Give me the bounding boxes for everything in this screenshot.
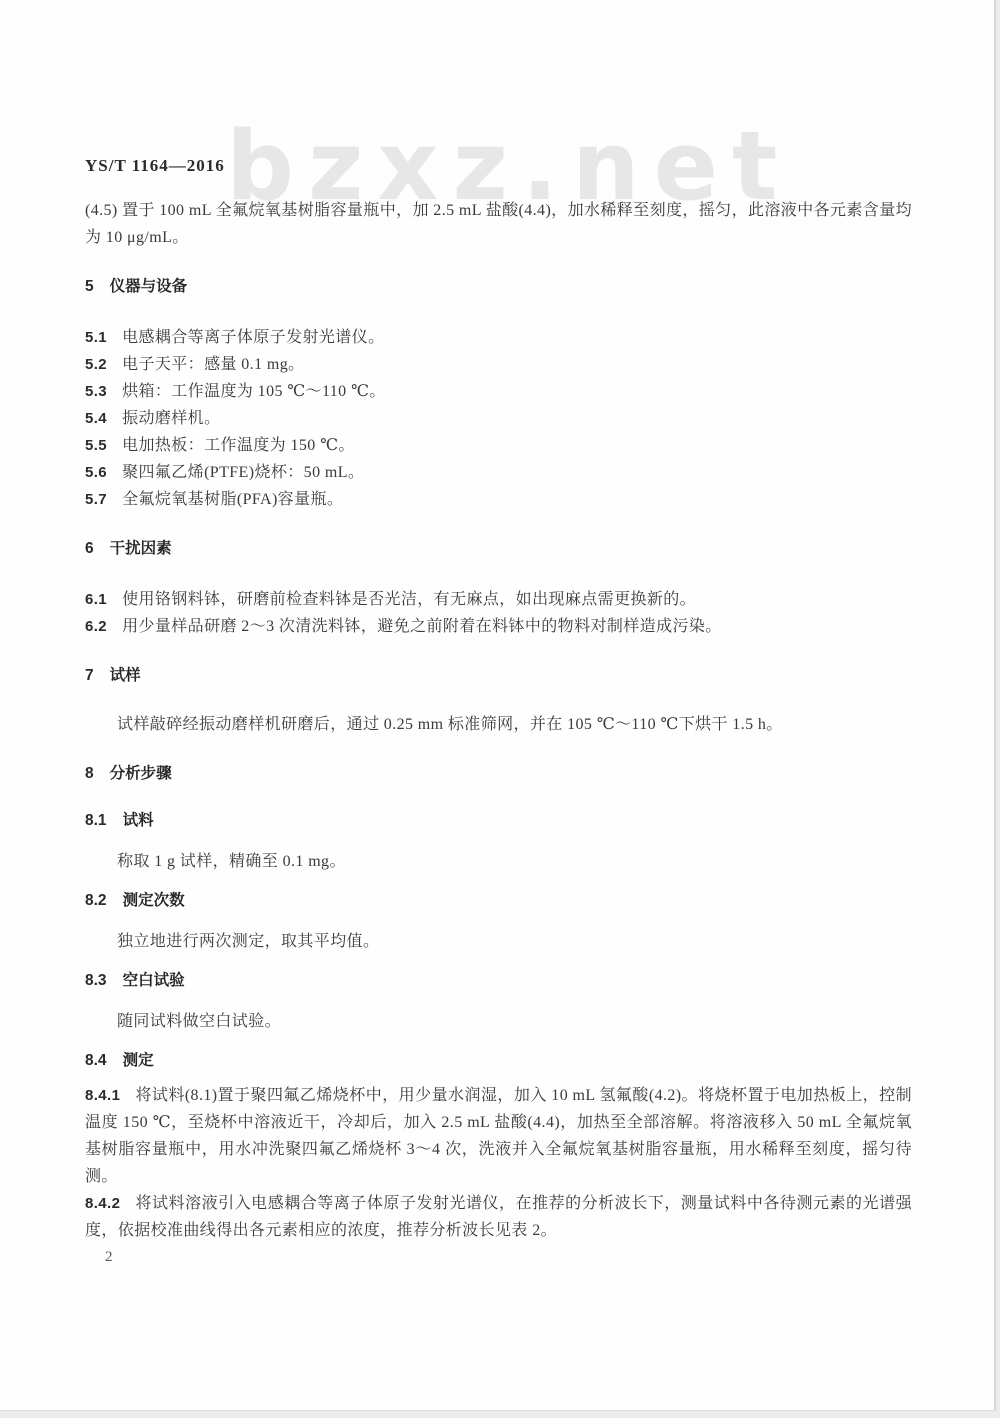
clause-paragraph: 5.7全氟烷氧基树脂(PFA)容量瓶。 (85, 486, 912, 513)
clause-paragraph: 6.1使用铬钢料钵，研磨前检查料钵是否光洁，有无麻点，如出现麻点需更换新的。 (85, 586, 912, 613)
clause-number: 8.1 (85, 807, 107, 834)
clause-text: 电感耦合等离子体原子发射光谱仪。 (122, 329, 384, 346)
document-page: bzxz.net YS/T 1164—2016 (4.5) 置于 100 mL … (0, 0, 996, 1411)
clause-number: 8.3 (85, 967, 107, 994)
clause-number: 6 (85, 535, 94, 562)
clause-number: 7 (85, 662, 94, 689)
clause-text: 干扰因素 (110, 540, 172, 557)
clause-text: 全氟烷氧基树脂(PFA)容量瓶。 (122, 491, 343, 508)
page-content: YS/T 1164—2016 (4.5) 置于 100 mL 全氟烷氧基树脂容量… (0, 0, 994, 1271)
clause-number: 8.4 (85, 1047, 107, 1074)
clause-text: 测定 (123, 1052, 154, 1069)
clause-text: 使用铬钢料钵，研磨前检查料钵是否光洁，有无麻点，如出现麻点需更换新的。 (122, 591, 696, 608)
clause-number: 5 (85, 273, 94, 300)
sub-heading: 8.2测定次数 (85, 887, 912, 914)
clause-number: 5.3 (85, 378, 107, 405)
clause-text: 试样 (110, 667, 141, 684)
clause-text: 用少量样品研磨 2～3 次清洗料钵，避免之前附着在料钵中的物料对制样造成污染。 (122, 618, 722, 635)
clause-paragraph: 8.4.1将试料(8.1)置于聚四氟乙烯烧杯中，用少量水润湿，加入 10 mL … (85, 1082, 912, 1190)
clause-number: 5.5 (85, 432, 107, 459)
body-paragraph: 独立地进行两次测定，取其平均值。 (85, 928, 912, 955)
clause-number: 8 (85, 760, 94, 787)
clause-paragraph: 5.1电感耦合等离子体原子发射光谱仪。 (85, 324, 912, 351)
clause-paragraph: 5.2电子天平：感量 0.1 mg。 (85, 351, 912, 378)
sub-heading: 8.4测定 (85, 1047, 912, 1074)
clause-text: 空白试验 (123, 972, 185, 989)
standard-number-header: YS/T 1164—2016 (85, 152, 912, 179)
page-number: 2 (105, 1244, 912, 1271)
clause-text: 电加热板：工作温度为 150 ℃。 (122, 437, 355, 454)
clause-text: 聚四氟乙烯(PTFE)烧杯：50 mL。 (122, 464, 364, 481)
clause-number: 6.2 (85, 613, 107, 640)
body-paragraph: 称取 1 g 试样，精确至 0.1 mg。 (85, 848, 912, 875)
clause-text: 电子天平：感量 0.1 mg。 (122, 356, 304, 373)
clause-paragraph: 5.6聚四氟乙烯(PTFE)烧杯：50 mL。 (85, 459, 912, 486)
clause-number: 5.4 (85, 405, 107, 432)
clause-number: 5.1 (85, 324, 107, 351)
clause-text: 烘箱：工作温度为 105 ℃～110 ℃。 (122, 383, 386, 400)
section-heading: 6干扰因素 (85, 535, 912, 562)
clause-text: 将试料溶液引入电感耦合等离子体原子发射光谱仪，在推荐的分析波长下，测量试料中各待… (85, 1195, 912, 1239)
clause-number: 6.1 (85, 586, 107, 613)
clause-paragraph: 5.4振动磨样机。 (85, 405, 912, 432)
clause-number: 8.4.1 (85, 1082, 120, 1109)
body-paragraph: 试样敲碎经振动磨样机研磨后，通过 0.25 mm 标准筛网，并在 105 ℃～1… (85, 711, 912, 738)
clause-text: 分析步骤 (110, 765, 172, 782)
section-heading: 8分析步骤 (85, 760, 912, 787)
continuation-paragraph: (4.5) 置于 100 mL 全氟烷氧基树脂容量瓶中，加 2.5 mL 盐酸(… (85, 197, 912, 251)
clause-paragraph: 5.5电加热板：工作温度为 150 ℃。 (85, 432, 912, 459)
clause-number: 8.4.2 (85, 1190, 120, 1217)
section-heading: 7试样 (85, 662, 912, 689)
clause-paragraph: 8.4.2将试料溶液引入电感耦合等离子体原子发射光谱仪，在推荐的分析波长下，测量… (85, 1190, 912, 1244)
body-paragraph: 随同试料做空白试验。 (85, 1008, 912, 1035)
sub-heading: 8.1试料 (85, 807, 912, 834)
clause-number: 5.2 (85, 351, 107, 378)
clause-number: 8.2 (85, 887, 107, 914)
clause-paragraph: 6.2用少量样品研磨 2～3 次清洗料钵，避免之前附着在料钵中的物料对制样造成污… (85, 613, 912, 640)
section-heading: 5仪器与设备 (85, 273, 912, 300)
clause-text: 仪器与设备 (110, 278, 188, 295)
clause-number: 5.7 (85, 486, 107, 513)
clause-text: 将试料(8.1)置于聚四氟乙烯烧杯中，用少量水润湿，加入 10 mL 氢氟酸(4… (85, 1087, 912, 1185)
clause-text: 振动磨样机。 (122, 410, 220, 427)
clause-text: 试料 (123, 812, 154, 829)
clause-paragraph: 5.3烘箱：工作温度为 105 ℃～110 ℃。 (85, 378, 912, 405)
clause-number: 5.6 (85, 459, 107, 486)
sub-heading: 8.3空白试验 (85, 967, 912, 994)
clause-text: 测定次数 (123, 892, 185, 909)
document-body: (4.5) 置于 100 mL 全氟烷氧基树脂容量瓶中，加 2.5 mL 盐酸(… (85, 197, 912, 1244)
